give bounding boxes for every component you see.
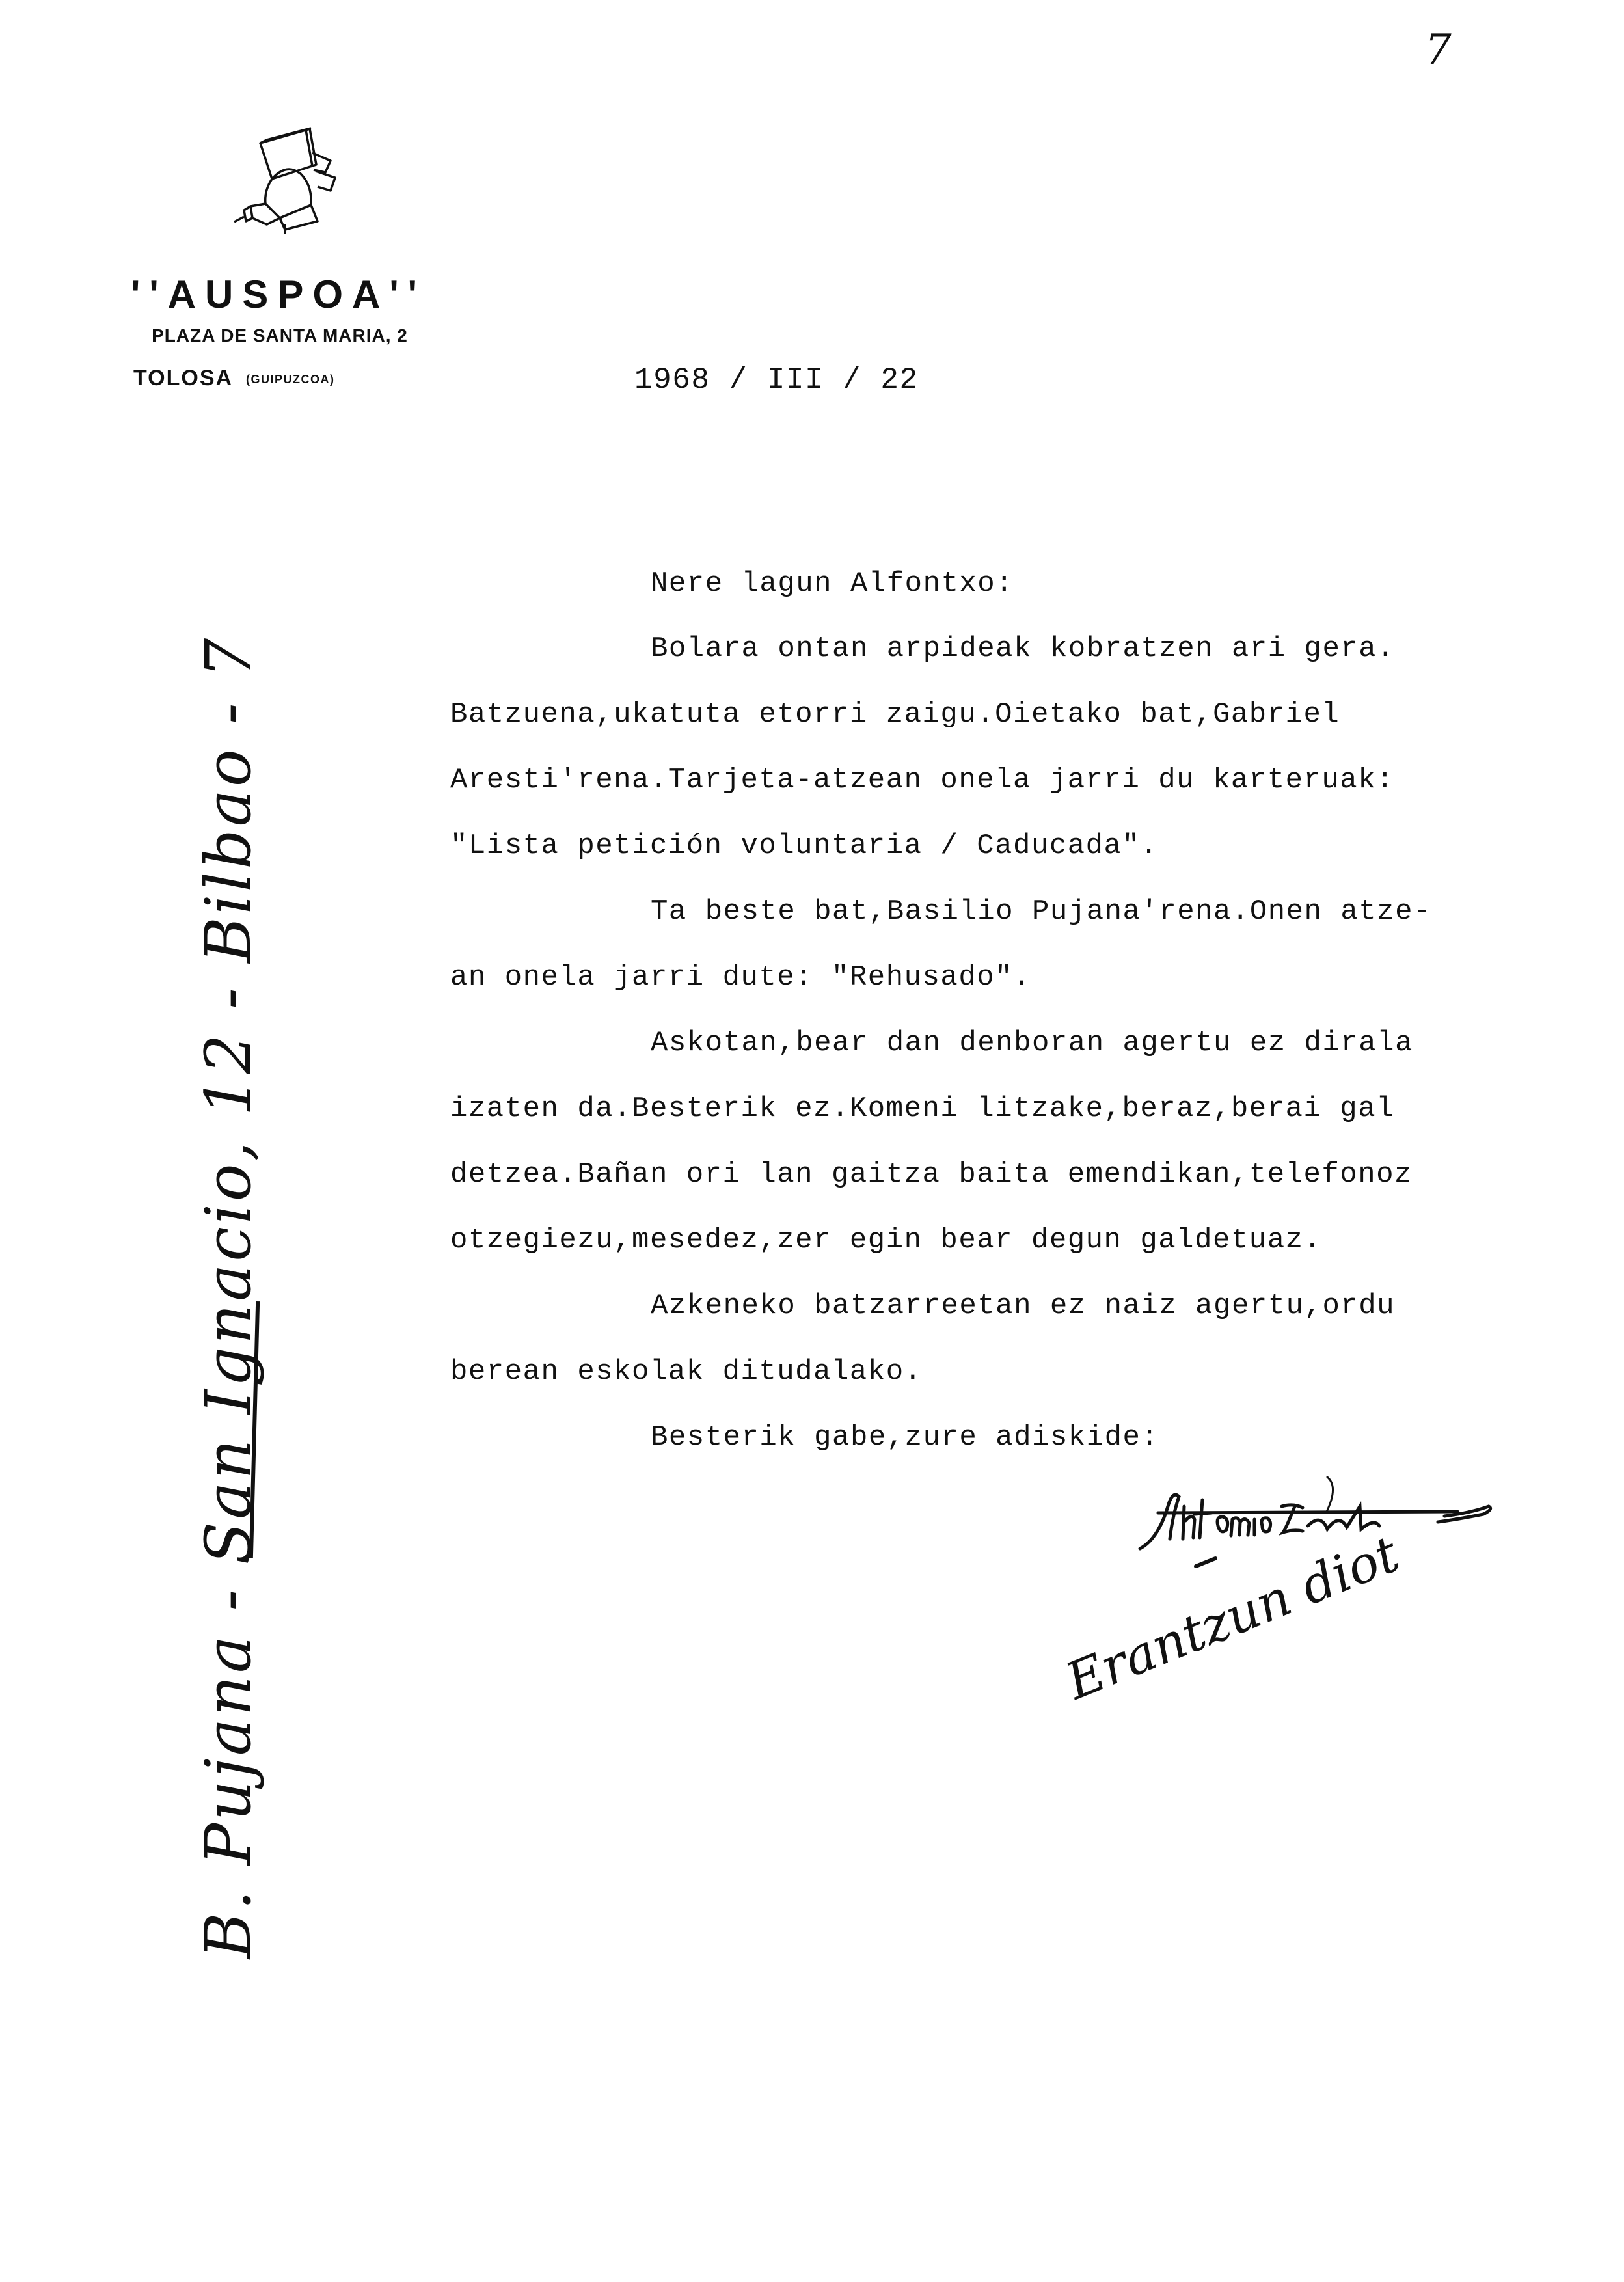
body-line: izaten da.Besterik ez.Komeni litzake,ber…: [450, 1093, 1394, 1125]
body-line: Aresti'rena.Tarjeta-atzean onela jarri d…: [450, 764, 1394, 796]
phonograph-cartridge-icon: [215, 127, 345, 238]
body-line: Bolara ontan arpideak kobratzen ari gera…: [651, 632, 1395, 665]
body-line: Besterik gabe,zure adiskide:: [651, 1421, 1159, 1454]
body-line: berean eskolak ditudalako.: [450, 1355, 923, 1388]
page-number: 7: [1425, 26, 1452, 74]
salutation: Nere lagun Alfontxo:: [651, 567, 1014, 600]
body-line: Batzuena,ukatuta etorri zaigu.Oietako ba…: [450, 698, 1340, 731]
body-line: "Lista petición voluntaria / Caducada".: [450, 830, 1158, 862]
body-line: Ta beste bat,Basilio Pujana'rena.Onen at…: [651, 895, 1431, 928]
margin-address-note: B. Pujana - San Ignacio, 12 - Bilbao - 7: [192, 636, 265, 1959]
letter-page: ''AUSPOA'' PLAZA DE SANTA MARIA, 2 TOLOS…: [0, 0, 1624, 2282]
body-line: Askotan,bear dan denboran agertu ez dira…: [651, 1027, 1413, 1059]
organization-address: PLAZA DE SANTA MARIA, 2: [98, 325, 462, 346]
body-line: an onela jarri dute: "Rehusado".: [450, 961, 1031, 994]
organization-name: ''AUSPOA'': [96, 272, 461, 317]
organization-city: TOLOSA(GUIPUZCOA): [133, 366, 335, 391]
body-line: otzegiezu,mesedez,zer egin bear degun ga…: [450, 1224, 1321, 1256]
body-line: detzea.Bañan ori lan gaitza baita emendi…: [450, 1158, 1413, 1191]
letter-date: 1968 / III / 22: [634, 363, 919, 397]
region-name: (GUIPUZCOA): [246, 373, 335, 386]
city-name: TOLOSA: [133, 366, 233, 390]
body-line: Azkeneko batzarreetan ez naiz agertu,ord…: [651, 1290, 1395, 1322]
